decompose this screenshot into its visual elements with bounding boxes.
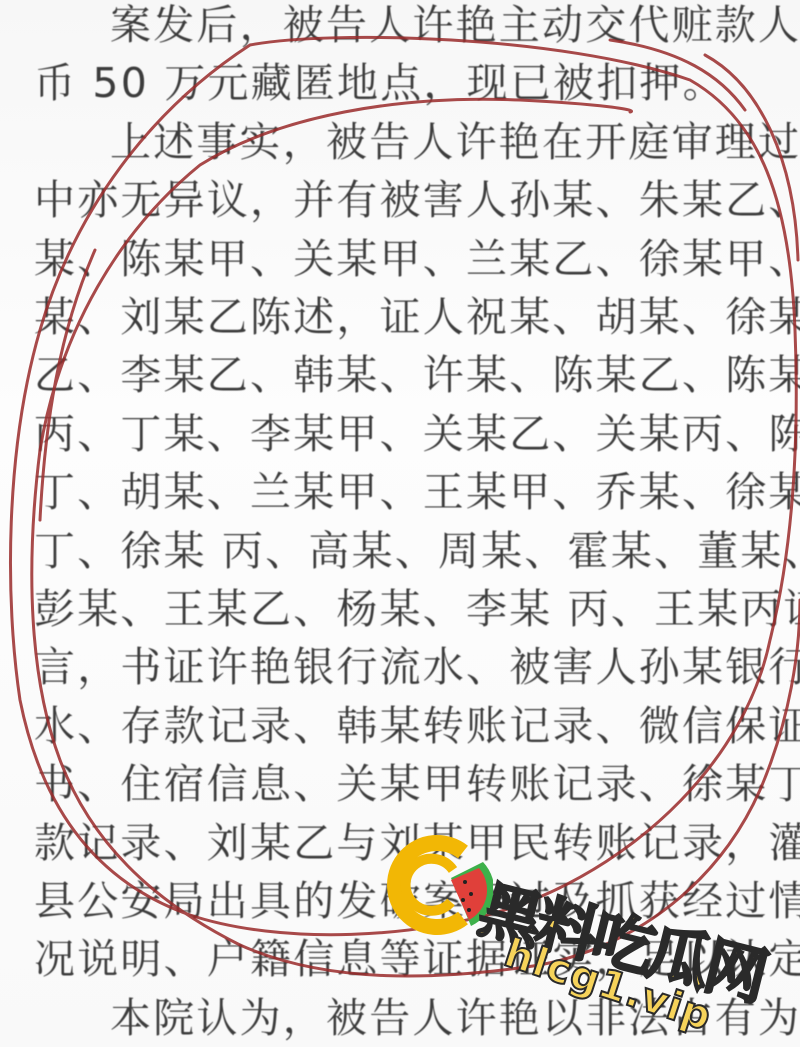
- document-line: 币 50 万元藏匿地点，现已被扣押。: [34, 58, 794, 108]
- document-line: 彭某、王某乙、杨某、李某 丙、王某丙证: [34, 584, 794, 634]
- document-line: 丁、徐某 丙、高某、周某、霍某、董某、: [34, 526, 794, 576]
- document-line: 丙、丁某、李某甲、关某乙、关某丙、陈某: [34, 409, 794, 459]
- document-line: 上述事实，被告人许艳在开庭审理过程: [110, 117, 800, 167]
- document-line: 案发后，被告人许艳主动交代赃款人民: [110, 0, 800, 50]
- document-line: 丁、胡某、兰某甲、王某甲、乔某、徐某: [34, 467, 794, 517]
- document-line: 某、刘某乙陈述，证人祝某、胡某、徐某: [34, 292, 794, 342]
- document-line: 中亦无异议，并有被害人孙某、朱某乙、寇: [34, 175, 794, 225]
- document-line: 书、住宿信息、关某甲转账记录、徐某丁提: [34, 759, 794, 809]
- document-line: 某、陈某甲、关某甲、兰某乙、徐某甲、林: [34, 234, 794, 284]
- document-line: 水、存款记录、韩某转账记录、微信保证: [34, 701, 794, 751]
- document-line: 言，书证许艳银行流水、被害人孙某银行流: [34, 642, 794, 692]
- document-page: 案发后，被告人许艳主动交代赃款人民币 50 万元藏匿地点，现已被扣押。上述事实，…: [0, 0, 800, 1047]
- watermark: 黑料吃瓜网 hlcg1.vip: [375, 820, 775, 1020]
- document-line: 乙、李某乙、韩某、许某、陈某乙、陈某: [34, 350, 794, 400]
